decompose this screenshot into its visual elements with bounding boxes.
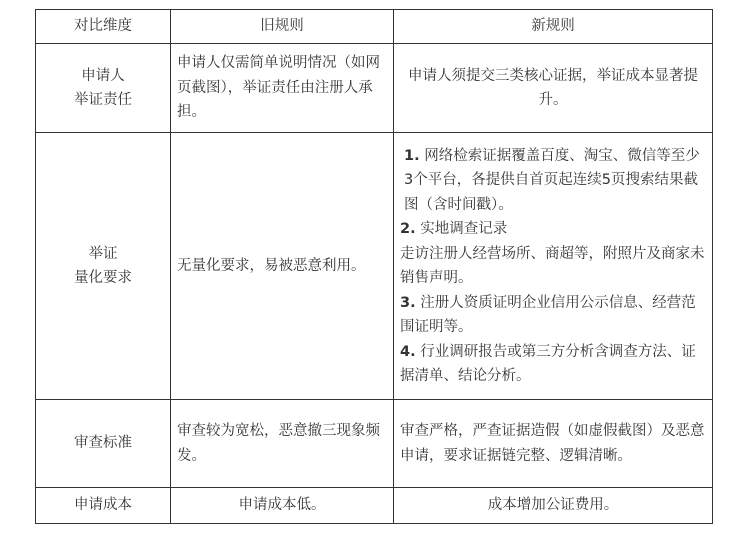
table-row: 审查标准 审查较为宽松，恶意撤三现象频发。 审查严格，严查证据造假（如虚假截图）… bbox=[36, 400, 713, 488]
item-number: 4. bbox=[400, 344, 416, 360]
new-rule-cell: 成本增加公证费用。 bbox=[394, 488, 713, 524]
dimension-line: 量化要求 bbox=[42, 266, 164, 291]
dimension-line: 申请人 bbox=[42, 64, 164, 89]
item-number: 2. bbox=[400, 221, 416, 237]
dimension-line: 举证责任 bbox=[42, 88, 164, 113]
header-new-rule: 新规则 bbox=[394, 10, 713, 44]
dimension-cell: 举证 量化要求 bbox=[36, 133, 171, 400]
table-header-row: 对比维度 旧规则 新规则 bbox=[36, 10, 713, 44]
table-row: 申请人 举证责任 申请人仅需简单说明情况（如网页截图），举证责任由注册人承担。 … bbox=[36, 44, 713, 133]
new-rule-cell: 审查严格，严查证据造假（如虚假截图）及恶意申请，要求证据链完整、逻辑清晰。 bbox=[394, 400, 713, 488]
old-rule-cell: 无量化要求，易被恶意利用。 bbox=[171, 133, 394, 400]
evidence-item-1: 1. 网络检索证据覆盖百度、淘宝、微信等至少3个平台，各提供自首页起连续5页搜索… bbox=[400, 144, 706, 218]
table-row: 举证 量化要求 无量化要求，易被恶意利用。 1. 网络检索证据覆盖百度、淘宝、微… bbox=[36, 133, 713, 400]
item-number: 1. bbox=[404, 148, 420, 164]
old-rule-cell: 申请成本低。 bbox=[171, 488, 394, 524]
item-text: 实地调查记录 bbox=[420, 221, 507, 237]
item-number: 3. bbox=[400, 295, 416, 311]
dimension-cell: 申请成本 bbox=[36, 488, 171, 524]
old-rule-cell: 申请人仅需简单说明情况（如网页截图），举证责任由注册人承担。 bbox=[171, 44, 394, 133]
header-dimension: 对比维度 bbox=[36, 10, 171, 44]
evidence-item-2: 2. 实地调查记录 bbox=[400, 217, 706, 242]
old-rule-cell: 审查较为宽松，恶意撤三现象频发。 bbox=[171, 400, 394, 488]
table-row: 申请成本 申请成本低。 成本增加公证费用。 bbox=[36, 488, 713, 524]
dimension-line: 举证 bbox=[42, 242, 164, 267]
header-old-rule: 旧规则 bbox=[171, 10, 394, 44]
item-text: 行业调研报告或第三方分析含调查方法、证据清单、结论分析。 bbox=[400, 344, 696, 385]
evidence-item-4: 4. 行业调研报告或第三方分析含调查方法、证据清单、结论分析。 bbox=[400, 340, 706, 389]
new-rule-cell: 申请人须提交三类核心证据，举证成本显著提升。 bbox=[394, 44, 713, 133]
dimension-cell: 申请人 举证责任 bbox=[36, 44, 171, 133]
evidence-item-3: 3. 注册人资质证明企业信用公示信息、经营范围证明等。 bbox=[400, 291, 706, 340]
evidence-item-2-detail: 走访注册人经营场所、商超等，附照片及商家未销售声明。 bbox=[400, 242, 706, 291]
item-text: 注册人资质证明企业信用公示信息、经营范围证明等。 bbox=[400, 295, 696, 336]
item-text: 网络检索证据覆盖百度、淘宝、微信等至少3个平台，各提供自首页起连续5页搜索结果截… bbox=[404, 148, 700, 213]
dimension-cell: 审查标准 bbox=[36, 400, 171, 488]
new-rule-cell: 1. 网络检索证据覆盖百度、淘宝、微信等至少3个平台，各提供自首页起连续5页搜索… bbox=[394, 133, 713, 400]
comparison-table: 对比维度 旧规则 新规则 申请人 举证责任 申请人仅需简单说明情况（如网页截图）… bbox=[35, 9, 713, 524]
